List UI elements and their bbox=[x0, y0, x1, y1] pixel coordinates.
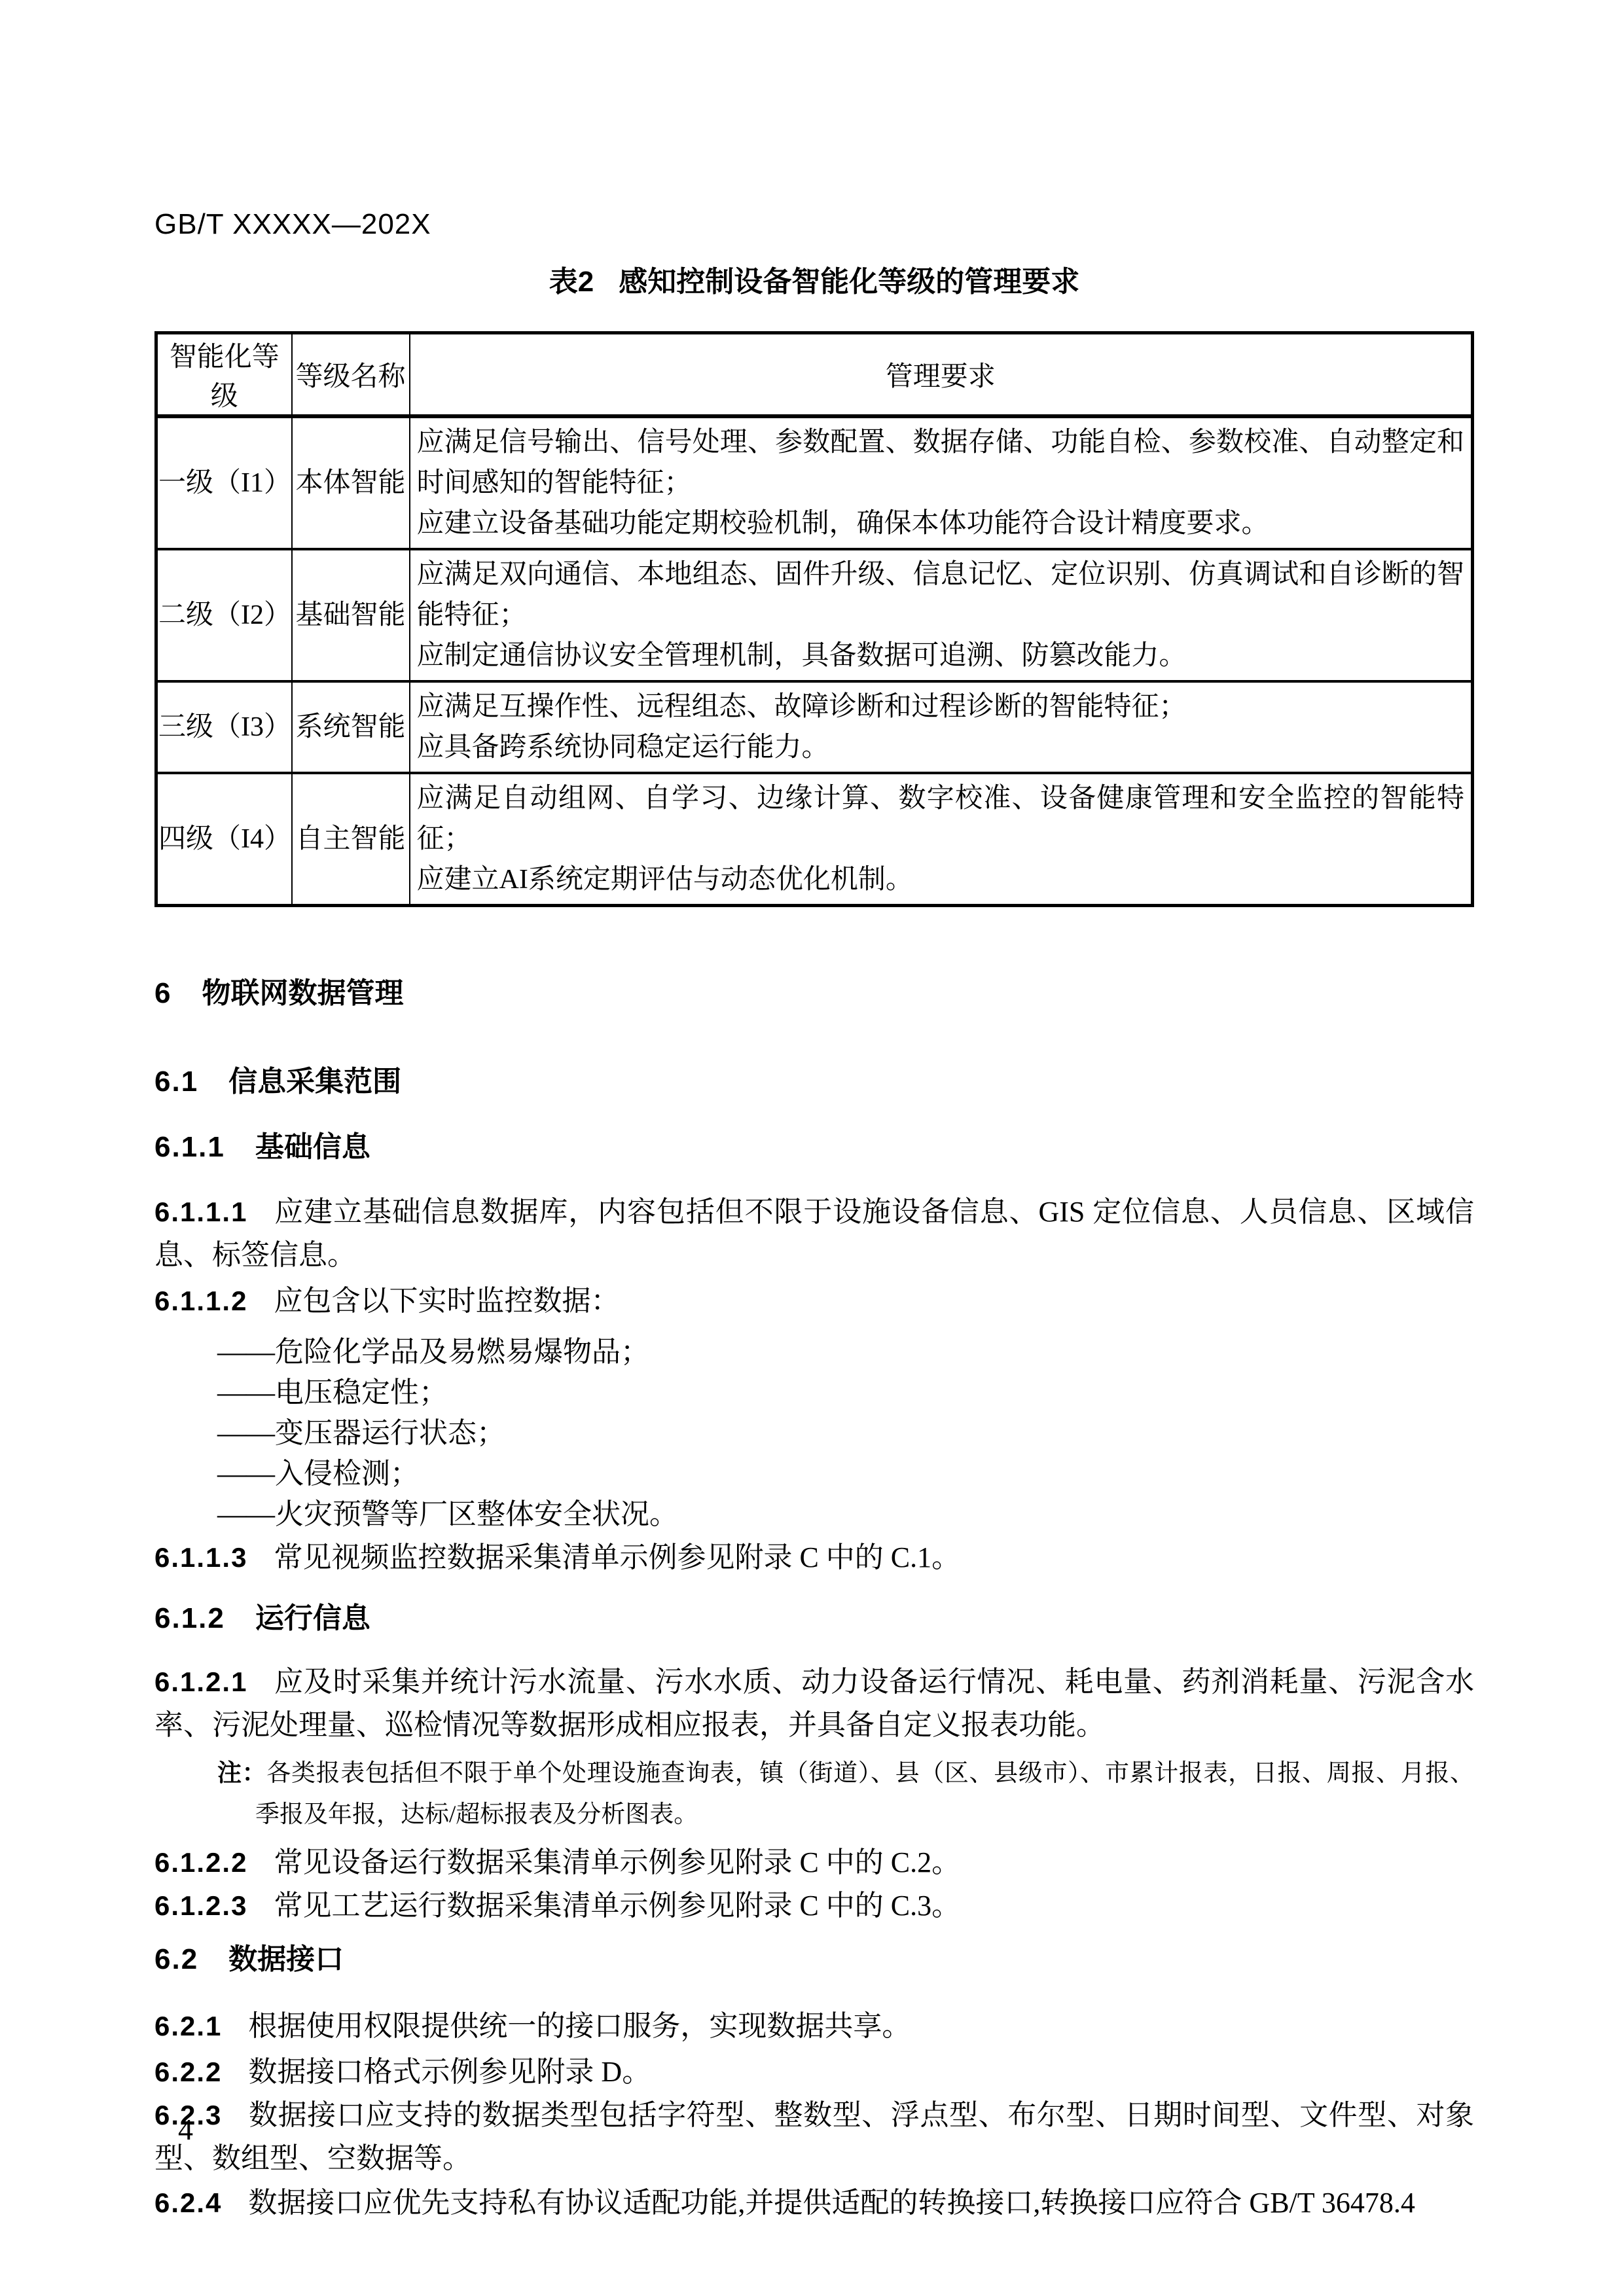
section-heading-6-1-2: 6.1.2运行信息 bbox=[154, 1602, 1474, 1636]
clause-6-2-4: 6.2.4数据接口应优先支持私有协议适配功能,并提供适配的转换接口,转换接口应符… bbox=[154, 2181, 1474, 2225]
requirement-line: 应具备跨系统协同稳定运行能力。 bbox=[417, 727, 1465, 768]
grade-cell: 四级（I4） bbox=[156, 773, 292, 906]
grade-name-cell: 自主智能 bbox=[292, 773, 410, 906]
section-heading-6-2: 6.2数据接口 bbox=[154, 1943, 1474, 1977]
clause-6-1-2-3: 6.1.2.3常见工艺运行数据采集清单示例参见附录 C 中的 C.3。 bbox=[154, 1884, 1474, 1928]
section-heading-6: 6物联网数据管理 bbox=[154, 977, 1474, 1011]
clause-text: 应及时采集并统计污水流量、污水水质、动力设备运行情况、耗电量、药剂消耗量、污泥含… bbox=[154, 1666, 1474, 1741]
table-header-row: 智能化等级 等级名称 管理要求 bbox=[156, 333, 1473, 417]
grade-cell: 三级（I3） bbox=[156, 681, 292, 773]
col-header-grade: 智能化等级 bbox=[156, 333, 292, 417]
requirement-line: 应满足自动组网、自学习、边缘计算、数字校准、设备健康管理和安全监控的智能特征； bbox=[417, 778, 1465, 859]
requirement-line: 应满足双向通信、本地组态、固件升级、信息记忆、定位识别、仿真调试和自诊断的智能特… bbox=[417, 554, 1465, 636]
section-number: 6 bbox=[154, 977, 171, 1009]
clause-text: 常见设备运行数据采集清单示例参见附录 C 中的 C.2。 bbox=[274, 1846, 960, 1878]
section-number: 6.1.1 bbox=[154, 1131, 225, 1163]
section-heading-6-1: 6.1信息采集范围 bbox=[154, 1065, 1474, 1099]
list-item: ——入侵检测； bbox=[217, 1454, 1474, 1494]
requirements-cell: 应满足互操作性、远程组态、故障诊断和过程诊断的智能特征； 应具备跨系统协同稳定运… bbox=[410, 681, 1473, 773]
clause-text: 数据接口应支持的数据类型包括字符型、整数型、浮点型、布尔型、日期时间型、文件型、… bbox=[154, 2099, 1474, 2174]
section-title: 物联网数据管理 bbox=[202, 977, 403, 1009]
requirement-line: 应制定通信协议安全管理机制，具备数据可追溯、防篡改能力。 bbox=[417, 636, 1465, 676]
col-header-requirements: 管理要求 bbox=[410, 333, 1473, 417]
section-heading-6-1-1: 6.1.1基础信息 bbox=[154, 1130, 1474, 1164]
clause-6-2-2: 6.2.2数据接口格式示例参见附录 D。 bbox=[154, 2051, 1474, 2094]
section-title: 运行信息 bbox=[255, 1602, 370, 1634]
clause-text: 应包含以下实时监控数据： bbox=[274, 1285, 619, 1317]
clause-6-1-1-3: 6.1.1.3常见视频监控数据采集清单示例参见附录 C 中的 C.1。 bbox=[154, 1536, 1474, 1579]
document-page: GB/T XXXXX—202X 表2感知控制设备智能化等级的管理要求 智能化等级… bbox=[0, 0, 1624, 2296]
table-caption: 感知控制设备智能化等级的管理要求 bbox=[619, 266, 1079, 298]
clause-6-2-1: 6.2.1根据使用权限提供统一的接口服务，实现数据共享。 bbox=[154, 2005, 1474, 2048]
page-number: 4 bbox=[178, 2113, 193, 2147]
clause-text: 常见视频监控数据采集清单示例参见附录 C 中的 C.1。 bbox=[274, 1541, 960, 1573]
table-row: 一级（I1） 本体智能 应满足信号输出、信号处理、参数配置、数据存储、功能自检、… bbox=[156, 416, 1473, 549]
clause-number: 6.2.2 bbox=[154, 2056, 222, 2087]
requirements-cell: 应满足双向通信、本地组态、固件升级、信息记忆、定位识别、仿真调试和自诊断的智能特… bbox=[410, 549, 1473, 681]
section-title: 数据接口 bbox=[228, 1943, 344, 1975]
clause-number: 6.1.1.2 bbox=[154, 1285, 247, 1316]
section-title: 基础信息 bbox=[255, 1131, 370, 1163]
note-label: 注： bbox=[217, 1759, 266, 1786]
page-content: GB/T XXXXX—202X 表2感知控制设备智能化等级的管理要求 智能化等级… bbox=[154, 0, 1474, 2225]
grade-name-cell: 系统智能 bbox=[292, 681, 410, 773]
clause-6-1-1-2: 6.1.1.2应包含以下实时监控数据： bbox=[154, 1280, 1474, 1323]
doc-code: GB/T XXXXX—202X bbox=[154, 0, 1474, 241]
clause-6-1-2-1: 6.1.2.1应及时采集并统计污水流量、污水水质、动力设备运行情况、耗电量、药剂… bbox=[154, 1660, 1474, 1747]
col-header-name: 等级名称 bbox=[292, 333, 410, 417]
clause-text: 根据使用权限提供统一的接口服务，实现数据共享。 bbox=[248, 2010, 911, 2042]
clause-number: 6.1.2.2 bbox=[154, 1847, 247, 1878]
list-item: ——电压稳定性； bbox=[217, 1372, 1474, 1413]
clause-number: 6.2.4 bbox=[154, 2187, 222, 2218]
requirements-cell: 应满足自动组网、自学习、边缘计算、数字校准、设备健康管理和安全监控的智能特征； … bbox=[410, 773, 1473, 906]
clause-number: 6.2.1 bbox=[154, 2011, 222, 2041]
table-label: 表2 bbox=[549, 266, 594, 298]
table-title: 表2感知控制设备智能化等级的管理要求 bbox=[154, 265, 1474, 299]
clause-number: 6.1.1.3 bbox=[154, 1542, 247, 1573]
requirement-line: 应满足互操作性、远程组态、故障诊断和过程诊断的智能特征； bbox=[417, 687, 1465, 727]
clause-text: 数据接口应优先支持私有协议适配功能,并提供适配的转换接口,转换接口应符合 GB/… bbox=[248, 2187, 1415, 2219]
section-number: 6.2 bbox=[154, 1943, 198, 1975]
requirement-line: 应建立AI系统定期评估与动态优化机制。 bbox=[417, 859, 1465, 900]
grade-cell: 二级（I2） bbox=[156, 549, 292, 681]
clause-number: 6.1.1.1 bbox=[154, 1196, 247, 1227]
clause-6-2-3: 6.2.3数据接口应支持的数据类型包括字符型、整数型、浮点型、布尔型、日期时间型… bbox=[154, 2094, 1474, 2180]
clause-number: 6.1.2.1 bbox=[154, 1666, 247, 1697]
table-row: 四级（I4） 自主智能 应满足自动组网、自学习、边缘计算、数字校准、设备健康管理… bbox=[156, 773, 1473, 906]
requirement-line: 应满足信号输出、信号处理、参数配置、数据存储、功能自检、参数校准、自动整定和时间… bbox=[417, 422, 1465, 503]
clause-text: 数据接口格式示例参见附录 D。 bbox=[248, 2056, 651, 2088]
grade-cell: 一级（I1） bbox=[156, 416, 292, 549]
table-row: 三级（I3） 系统智能 应满足互操作性、远程组态、故障诊断和过程诊断的智能特征；… bbox=[156, 681, 1473, 773]
grade-name-cell: 本体智能 bbox=[292, 416, 410, 549]
requirement-line: 应建立设备基础功能定期校验机制，确保本体功能符合设计精度要求。 bbox=[417, 503, 1465, 544]
clause-text: 应建立基础信息数据库，内容包括但不限于设施设备信息、GIS 定位信息、人员信息、… bbox=[154, 1196, 1474, 1271]
clause-6-1-1-1: 6.1.1.1应建立基础信息数据库，内容包括但不限于设施设备信息、GIS 定位信… bbox=[154, 1191, 1474, 1277]
clause-number: 6.1.2.3 bbox=[154, 1890, 247, 1921]
section-number: 6.1.2 bbox=[154, 1602, 225, 1634]
note: 注：各类报表包括但不限于单个处理设施查询表，镇（街道）、县（区、县级市）、市累计… bbox=[217, 1752, 1474, 1835]
list-item: ——危险化学品及易燃易爆物品； bbox=[217, 1332, 1474, 1372]
table-row: 二级（I2） 基础智能 应满足双向通信、本地组态、固件升级、信息记忆、定位识别、… bbox=[156, 549, 1473, 681]
section-number: 6.1 bbox=[154, 1066, 198, 1098]
list-item: ——火灾预警等厂区整体安全状况。 bbox=[217, 1494, 1474, 1535]
grade-table: 智能化等级 等级名称 管理要求 一级（I1） 本体智能 应满足信号输出、信号处理… bbox=[154, 331, 1474, 907]
list-item: ——变压器运行状态； bbox=[217, 1413, 1474, 1454]
requirements-cell: 应满足信号输出、信号处理、参数配置、数据存储、功能自检、参数校准、自动整定和时间… bbox=[410, 416, 1473, 549]
clause-6-1-2-2: 6.1.2.2常见设备运行数据采集清单示例参见附录 C 中的 C.2。 bbox=[154, 1841, 1474, 1884]
section-title: 信息采集范围 bbox=[228, 1066, 401, 1098]
grade-name-cell: 基础智能 bbox=[292, 549, 410, 681]
monitor-data-list: ——危险化学品及易燃易爆物品； ——电压稳定性； ——变压器运行状态； ——入侵… bbox=[154, 1332, 1474, 1535]
clause-text: 常见工艺运行数据采集清单示例参见附录 C 中的 C.3。 bbox=[274, 1890, 960, 1922]
note-text: 各类报表包括但不限于单个处理设施查询表，镇（街道）、县（区、县级市）、市累计报表… bbox=[255, 1760, 1474, 1828]
